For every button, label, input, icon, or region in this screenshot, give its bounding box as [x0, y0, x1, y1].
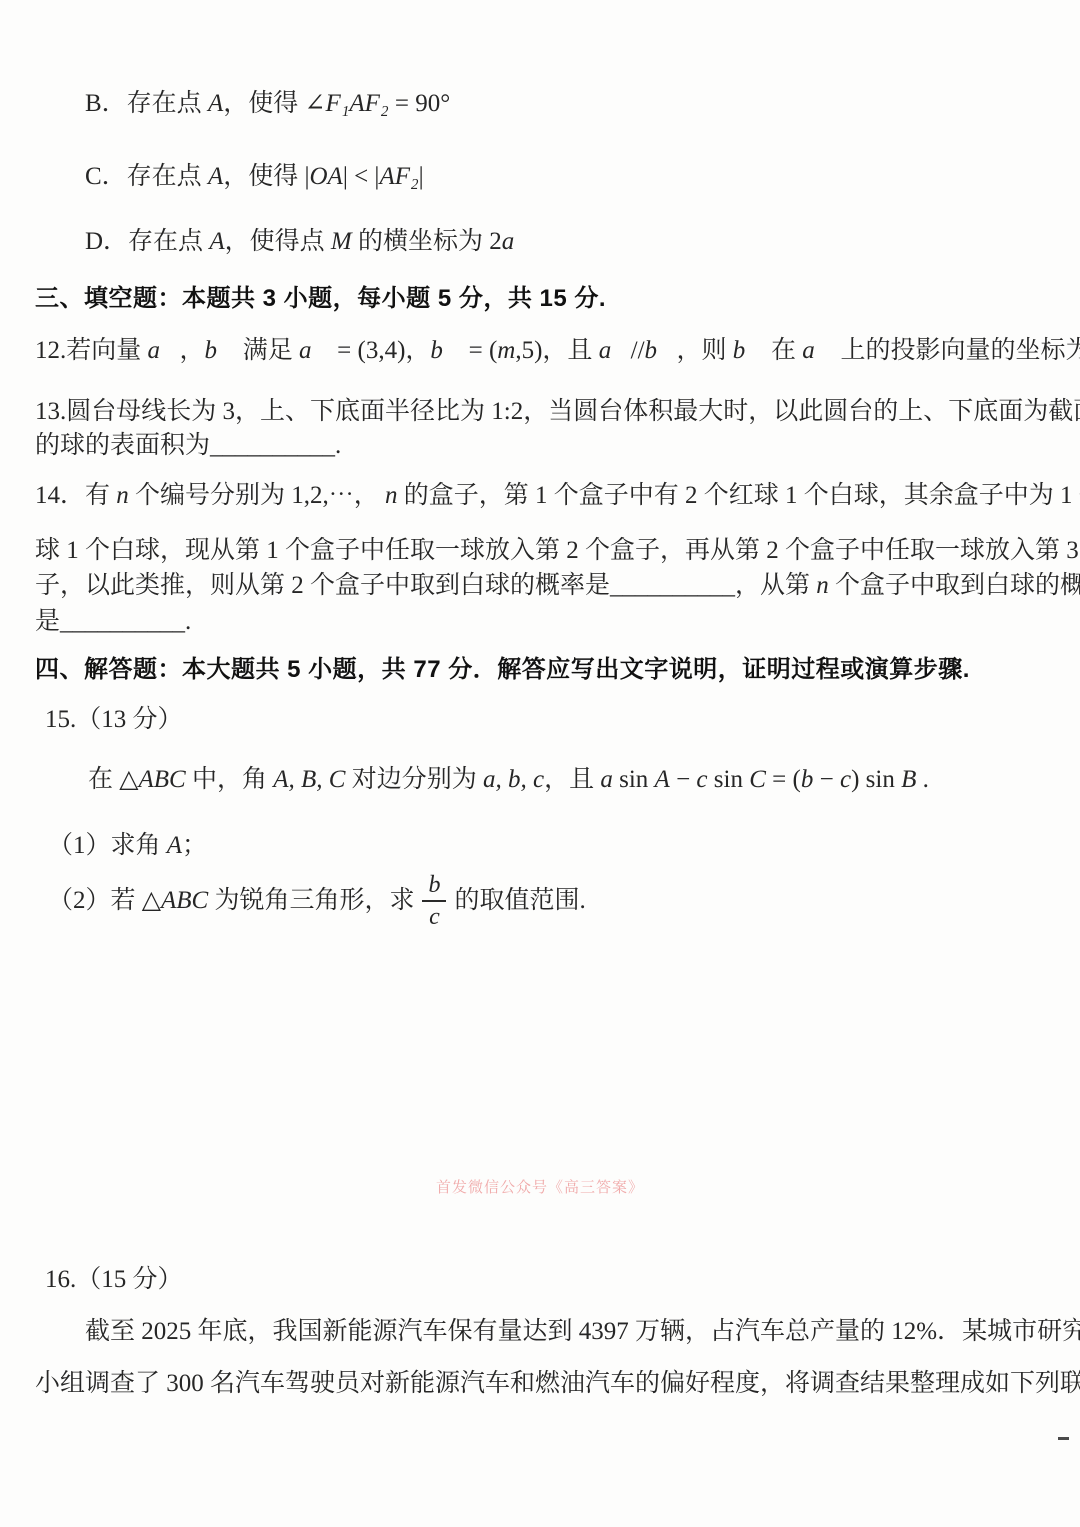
text-segment: −	[813, 766, 840, 793]
option-d: D．存在点 A，使得点 M 的横坐标为 2a	[85, 226, 514, 259]
text-segment: ，使得点	[225, 228, 331, 255]
text-segment: = (3,4)，	[331, 337, 431, 364]
fraction-numerator: b	[422, 873, 446, 902]
text-segment: ，则	[677, 337, 733, 364]
text-segment: 的盒子，第 1 个盒子中有 2 个红球 1 个白球，其余盒子中为 1 个红	[398, 482, 1080, 509]
text-segment: a⃗	[802, 337, 834, 364]
text-segment: F₁AF₂	[325, 90, 388, 117]
text-segment: ，	[179, 337, 204, 364]
question-13-line-2: 的球的表面积为__________.	[35, 430, 341, 463]
text-segment: sin	[613, 766, 655, 793]
text-segment: D．存在点	[85, 228, 209, 255]
text-segment: A, B, C	[273, 766, 345, 793]
text-segment: −	[670, 766, 697, 793]
text-segment: A	[209, 228, 224, 255]
text-segment: △	[142, 887, 161, 914]
text-segment: a⃗	[599, 337, 631, 364]
text-segment: 上的投影向量的坐标为__________.	[834, 337, 1080, 364]
text-segment: （1）求角	[48, 832, 167, 859]
text-segment: n	[116, 482, 129, 509]
text-segment: B	[901, 766, 916, 793]
text-segment: b⃗	[430, 337, 462, 364]
text-segment: （2）若	[48, 887, 142, 914]
text-segment: = (	[462, 337, 497, 364]
text-segment: a, b, c	[483, 766, 544, 793]
question-15-part2: （2）若 △ABC 为锐角三角形，求 b c 的取值范围.	[48, 869, 586, 933]
text-segment: A	[208, 90, 223, 117]
text-segment: = (	[766, 766, 801, 793]
question-14-line-2: 球 1 个白球，现从第 1 个盒子中任取一球放入第 2 个盒子，再从第 2 个盒…	[35, 535, 1080, 568]
question-15-intro: 在 △ABC 中，角 A, B, C 对边分别为 a, b, c，且 a sin…	[88, 764, 929, 797]
option-c: C．存在点 A，使得 |OA| < |AF₂|	[85, 161, 424, 194]
section-4-header: 四、解答题：本大题共 5 小题，共 77 分．解答应写出文字说明，证明过程或演算…	[35, 654, 970, 685]
exam-paper-page: B．存在点 A，使得 ∠F₁AF₂ = 90° C．存在点 A，使得 |OA| …	[0, 0, 1080, 1527]
text-segment: AF₂	[379, 163, 418, 190]
text-segment: sin	[708, 766, 750, 793]
text-segment: 为锐角三角形，求	[208, 887, 414, 914]
text-segment: B．存在点	[85, 90, 208, 117]
text-segment: OA	[310, 163, 343, 190]
text-segment: ∠	[304, 90, 325, 117]
text-segment: ，且	[544, 766, 600, 793]
text-segment: 12.若向量	[35, 337, 148, 364]
text-segment: 的横坐标为 2	[352, 228, 502, 255]
text-segment: ) sin	[851, 766, 901, 793]
fraction-denominator: c	[423, 902, 446, 929]
section-3-header: 三、填空题：本题共 3 小题，每小题 5 分，共 15 分.	[35, 283, 606, 314]
text-segment: b	[801, 766, 814, 793]
text-segment: c	[696, 766, 707, 793]
text-segment: 14．有	[35, 482, 116, 509]
text-segment: m	[497, 337, 515, 364]
text-segment: ABC	[161, 887, 208, 914]
text-segment: a⃗	[148, 337, 180, 364]
text-segment: A	[655, 766, 670, 793]
text-segment: 子，以此类推，则从第 2 个盒子中取到白球的概率是__________，从第	[35, 572, 816, 599]
text-segment: a	[502, 228, 515, 255]
text-segment: C	[749, 766, 766, 793]
question-14-line-1: 14．有 n 个编号分别为 1,2,⋯， n 的盒子，第 1 个盒子中有 2 个…	[35, 480, 1080, 513]
question-15-number: 15.（13 分）	[45, 704, 183, 737]
text-segment: c	[840, 766, 851, 793]
text-segment: ，使得	[223, 90, 304, 117]
text-segment: n	[816, 572, 829, 599]
text-segment: a	[600, 766, 613, 793]
text-segment: C．存在点	[85, 163, 208, 190]
text-segment: 在	[765, 337, 803, 364]
question-12: 12.若向量 a⃗，b⃗ 满足 a⃗ = (3,4)，b⃗ = (m,5)，且 …	[35, 335, 1080, 368]
question-14-line-3: 子，以此类推，则从第 2 个盒子中取到白球的概率是__________，从第 n…	[35, 570, 1080, 603]
text-segment: a⃗	[299, 337, 331, 364]
option-b: B．存在点 A，使得 ∠F₁AF₂ = 90°	[85, 88, 450, 121]
text-segment: | < |	[343, 163, 380, 190]
question-16-line-1: 截至 2025 年底，我国新能源汽车保有量达到 4397 万辆，占汽车总产量的 …	[85, 1316, 1080, 1349]
question-15-part1: （1）求角 A；	[48, 830, 207, 863]
text-segment: .	[916, 766, 929, 793]
question-16-number: 16.（15 分）	[45, 1264, 183, 1297]
text-segment: ,5)，且	[515, 337, 598, 364]
text-segment: 中，角	[186, 766, 274, 793]
text-segment: 个编号分别为 1,2,⋯，	[129, 482, 385, 509]
question-15-part2-post: 的取值范围.	[454, 885, 585, 918]
text-segment: M	[331, 228, 352, 255]
text-segment: ；	[182, 832, 207, 859]
text-segment: n	[385, 482, 398, 509]
text-segment: A	[208, 163, 223, 190]
text-segment: b⃗	[645, 337, 677, 364]
text-segment: A	[167, 832, 182, 859]
text-segment: ABC	[139, 766, 186, 793]
text-segment: b⃗	[733, 337, 765, 364]
question-16-line-2: 小组调查了 300 名汽车驾驶员对新能源汽车和燃油汽车的偏好程度，将调查结果整理…	[35, 1368, 1080, 1401]
text-segment: 在	[88, 766, 119, 793]
text-segment: b⃗	[204, 337, 236, 364]
text-segment: = 90°	[389, 90, 451, 117]
stray-mark	[1058, 1437, 1069, 1440]
text-segment: △	[119, 766, 138, 793]
question-13-line-1: 13.圆台母线长为 3，上、下底面半径比为 1:2，当圆台体积最大时，以此圆台的…	[35, 396, 1080, 429]
question-15-part2-pre: （2）若 △ABC 为锐角三角形，求	[48, 885, 414, 918]
text-segment: ，使得	[223, 163, 304, 190]
text-segment: //	[631, 337, 645, 364]
text-segment: 满足	[236, 337, 299, 364]
watermark-text: 首发微信公众号《高三答案》	[0, 1176, 1080, 1197]
question-14-line-4: 是__________.	[35, 606, 191, 639]
text-segment: |	[419, 163, 424, 190]
fraction-b-over-c: b c	[422, 873, 446, 929]
text-segment: 对边分别为	[345, 766, 483, 793]
text-segment: 个盒子中取到白球的概率	[829, 572, 1080, 599]
